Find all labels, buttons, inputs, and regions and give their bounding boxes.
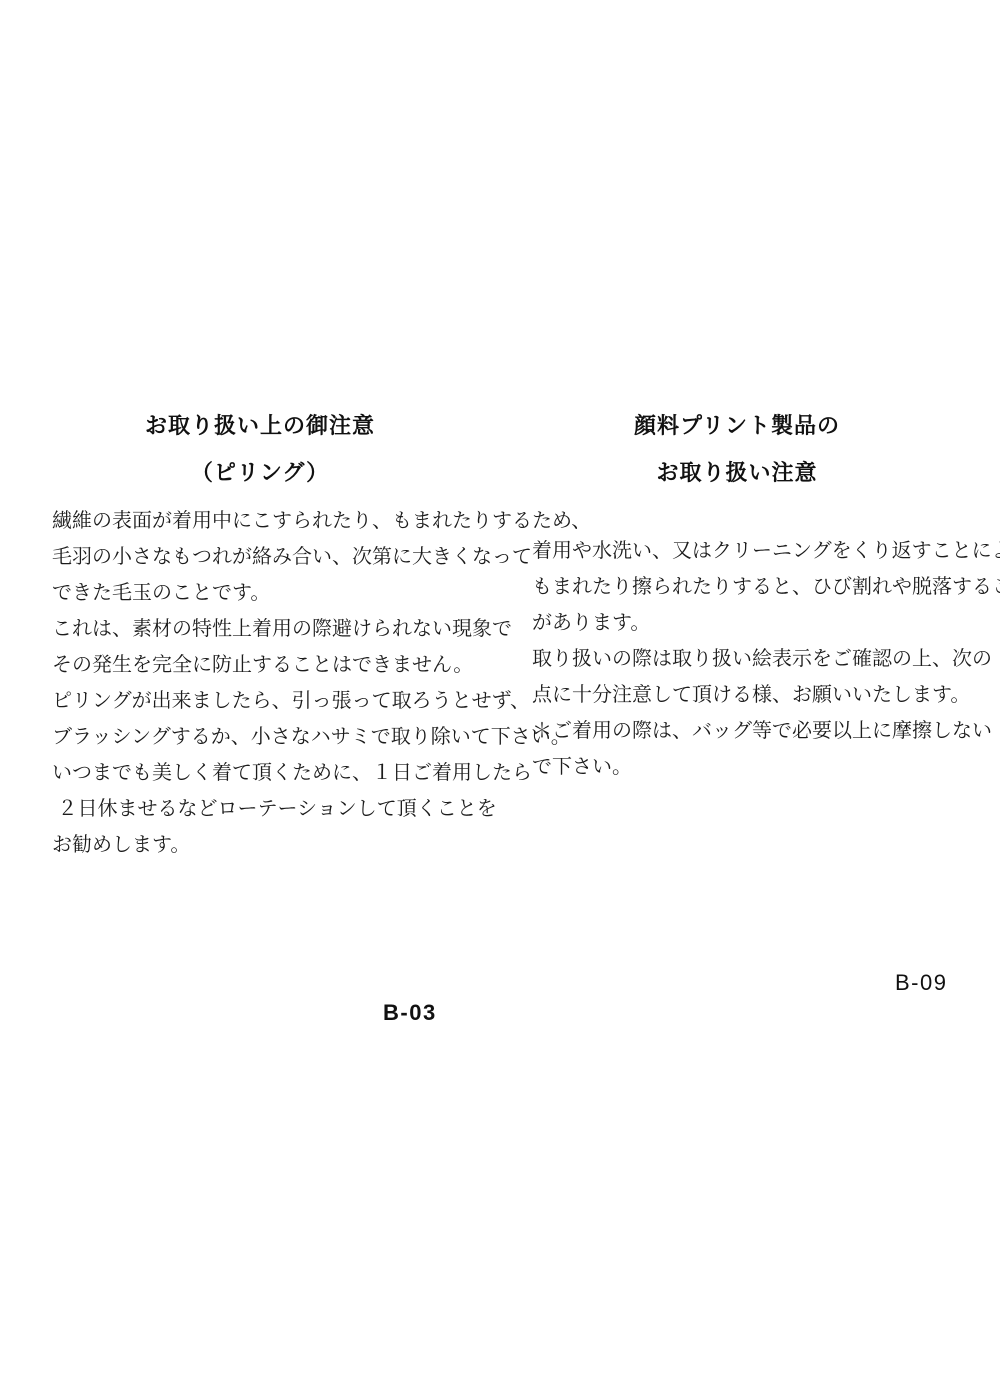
text-line: 取り扱いの際は取り扱い絵表示をご確認の上、次の — [532, 641, 997, 677]
text-line: これは、素材の特性上着用の際避けられない現象で — [52, 611, 527, 647]
page-code-b09: B-09 — [895, 970, 947, 996]
text-line: もまれたり擦られたりすると、ひび割れや脱落すること — [532, 569, 997, 605]
text-line: 点に十分注意して頂ける様、お願いいたします。 — [532, 677, 997, 713]
text-line: ブラッシングするか、小さなハサミで取り除いて下さい。 — [52, 719, 527, 755]
text-line: その発生を完全に防止することはできません。 — [52, 647, 527, 683]
right-title-line2: お取り扱い注意 — [517, 449, 957, 496]
text-line: できた毛玉のことです。 — [52, 575, 527, 611]
left-section-body: 繊維の表面が着用中にこすられたり、もまれたりするため、 毛羽の小さなもつれが絡み… — [52, 503, 527, 863]
care-instruction-sheet: お取り扱い上の御注意 （ピリング） 繊維の表面が着用中にこすられたり、もまれたり… — [0, 0, 1000, 1400]
text-line: いつまでも美しく着て頂くために、１日ご着用したら — [52, 755, 527, 791]
right-title-line1: 顔料プリント製品の — [517, 402, 957, 449]
text-line: お勧めします。 — [52, 827, 527, 863]
text-line: 着用や水洗い、又はクリーニングをくり返すことにより、 — [532, 533, 997, 569]
text-line: ２日休ませるなどローテーションして頂くことを — [52, 791, 527, 827]
left-title-line1: お取り扱い上の御注意 — [40, 402, 480, 449]
text-line: 繊維の表面が着用中にこすられたり、もまれたりするため、 — [52, 503, 527, 539]
text-line: 毛羽の小さなもつれが絡み合い、次第に大きくなって — [52, 539, 527, 575]
right-section-body: 着用や水洗い、又はクリーニングをくり返すことにより、 もまれたり擦られたりすると… — [532, 533, 997, 785]
left-section-title: お取り扱い上の御注意 （ピリング） — [40, 402, 480, 496]
text-line: があります。 — [532, 605, 997, 641]
text-line: ＊ご着用の際は、バッグ等で必要以上に摩擦しない — [532, 713, 997, 749]
text-line: で下さい。 — [532, 749, 997, 785]
right-section-title: 顔料プリント製品の お取り扱い注意 — [517, 402, 957, 496]
text-line: ピリングが出来ましたら、引っ張って取ろうとせず、 — [52, 683, 527, 719]
page-code-b03: B-03 — [383, 1000, 437, 1026]
left-title-line2: （ピリング） — [40, 449, 480, 496]
